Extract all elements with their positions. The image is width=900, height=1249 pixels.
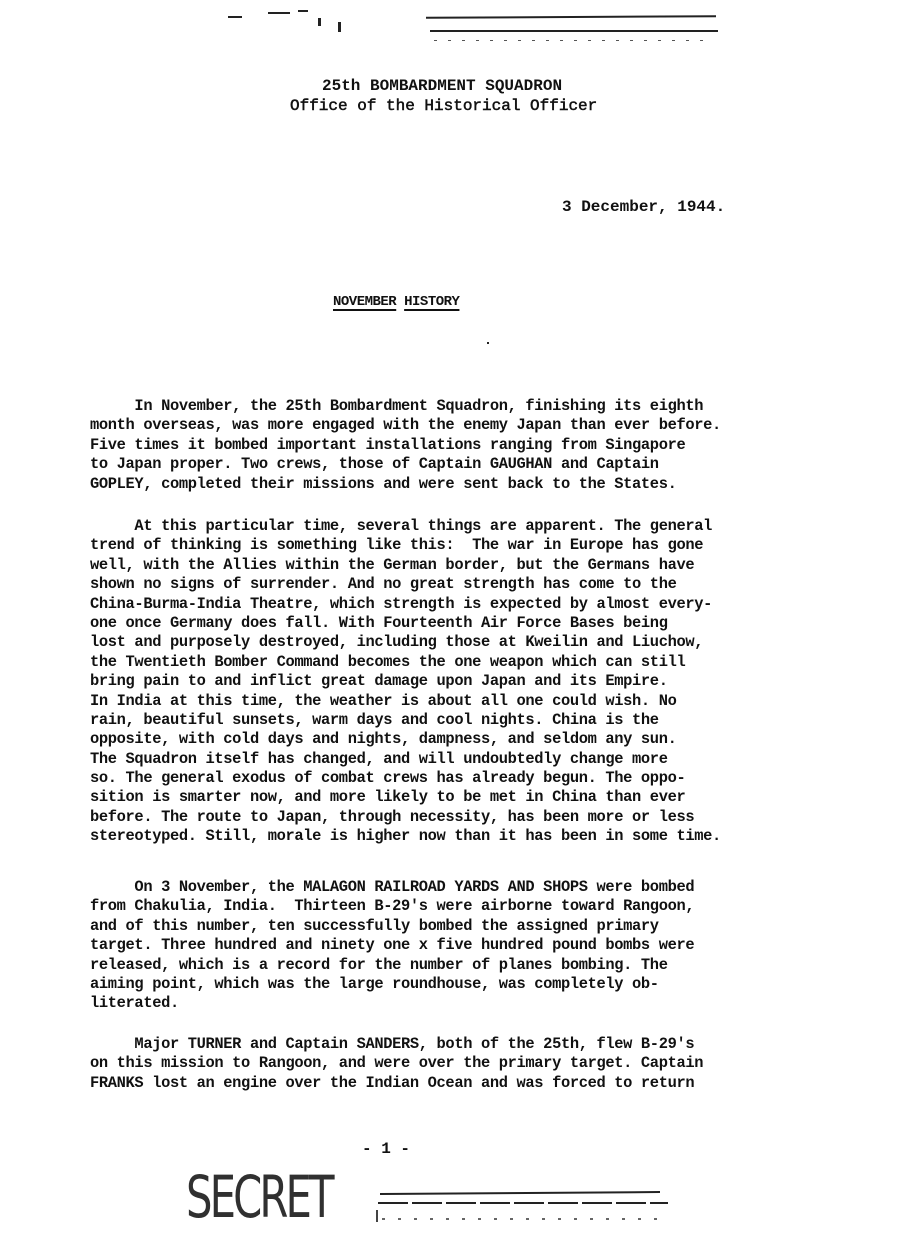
paragraph-2: At this particular time, several things … xyxy=(90,517,880,847)
text-line: literated. xyxy=(90,994,880,1013)
text-line: In India at this time, the weather is ab… xyxy=(90,692,880,711)
text-line: month overseas, was more engaged with th… xyxy=(90,416,880,435)
text-line: lost and purposely destroyed, including … xyxy=(90,633,880,652)
text-line: on this mission to Rangoon, and were ove… xyxy=(90,1054,880,1073)
text-line: The Squadron itself has changed, and wil… xyxy=(90,750,880,769)
text-line: stereotyped. Still, morale is higher now… xyxy=(90,827,880,846)
text-line: one once Germany does fall. With Fourtee… xyxy=(90,614,880,633)
text-line: sition is smarter now, and more likely t… xyxy=(90,788,880,807)
scan-artifact-top-left xyxy=(228,8,368,28)
paragraph-1: In November, the 25th Bombardment Squadr… xyxy=(90,397,880,494)
text-line: GOPLEY, completed their missions and wer… xyxy=(90,475,880,494)
paragraph-4: Major TURNER and Captain SANDERS, both o… xyxy=(90,1035,880,1093)
text-line: and of this number, ten successfully bom… xyxy=(90,917,880,936)
text-line: rain, beautiful sunsets, warm days and c… xyxy=(90,711,880,730)
secret-stamp: SECRET xyxy=(186,1168,332,1226)
text-line: trend of thinking is something like this… xyxy=(90,536,880,555)
text-line: FRANKS lost an engine over the Indian Oc… xyxy=(90,1074,880,1093)
text-line: the Twentieth Bomber Command becomes the… xyxy=(90,653,880,672)
text-line: At this particular time, several things … xyxy=(90,517,880,536)
text-line: China-Burma-India Theatre, which strengt… xyxy=(90,595,880,614)
text-line: from Chakulia, India. Thirteen B-29's we… xyxy=(90,897,880,916)
page-number: - 1 - xyxy=(362,1140,410,1158)
text-line: well, with the Allies within the German … xyxy=(90,556,880,575)
text-line: so. The general exodus of combat crews h… xyxy=(90,769,880,788)
text-line: On 3 November, the MALAGON RAILROAD YARD… xyxy=(90,878,880,897)
text-line: target. Three hundred and ninety one x f… xyxy=(90,936,880,955)
text-line: to Japan proper. Two crews, those of Cap… xyxy=(90,455,880,474)
paragraph-3: On 3 November, the MALAGON RAILROAD YARD… xyxy=(90,878,880,1014)
document-page: 25th BOMBARDMENT SQUADRON Office of the … xyxy=(0,0,900,1249)
text-line: bring pain to and inflict great damage u… xyxy=(90,672,880,691)
text-line: aiming point, which was the large roundh… xyxy=(90,975,880,994)
text-line: released, which is a record for the numb… xyxy=(90,956,880,975)
office-name: Office of the Historical Officer xyxy=(290,96,690,116)
document-date: 3 December, 1944. xyxy=(562,198,725,216)
title-word-2: HISTORY xyxy=(404,294,459,310)
text-line: before. The route to Japan, through nece… xyxy=(90,808,880,827)
text-line: shown no signs of surrender. And no grea… xyxy=(90,575,880,594)
text-line: Major TURNER and Captain SANDERS, both o… xyxy=(90,1035,880,1054)
text-line: Five times it bombed important installat… xyxy=(90,436,880,455)
scan-speck xyxy=(487,342,489,344)
document-title: NOVEMBER HISTORY xyxy=(333,294,459,310)
title-word-1: NOVEMBER xyxy=(333,294,396,310)
classification-box-top xyxy=(424,12,716,42)
unit-name: 25th BOMBARDMENT SQUADRON xyxy=(322,76,642,96)
classification-box-bottom xyxy=(370,1188,670,1232)
text-line: In November, the 25th Bombardment Squadr… xyxy=(90,397,880,416)
text-line: opposite, with cold days and nights, dam… xyxy=(90,730,880,749)
